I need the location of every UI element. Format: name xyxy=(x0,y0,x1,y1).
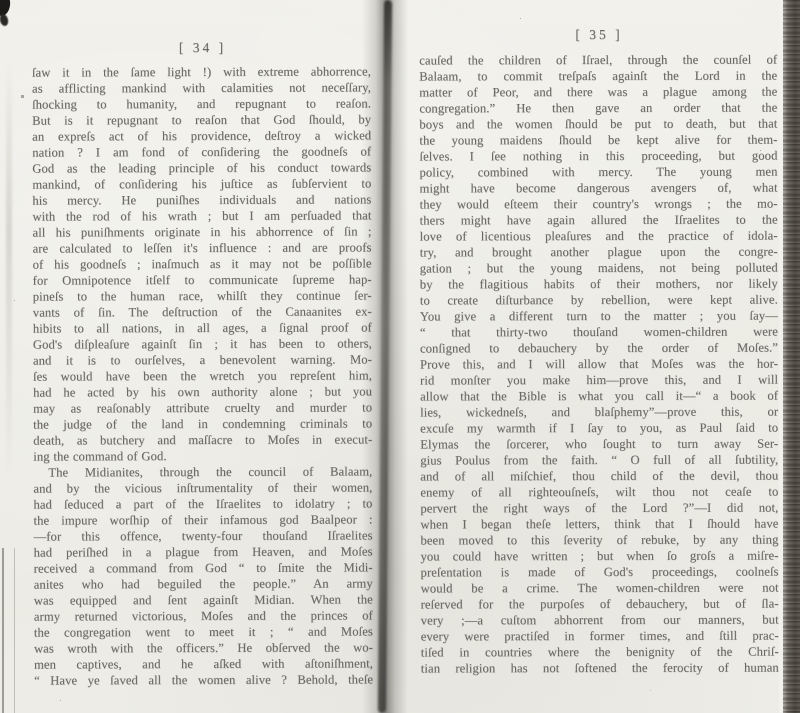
text-line: his mercy. He puniſhes individuals and n… xyxy=(32,191,371,208)
text-line: ing the command of God. xyxy=(33,447,372,464)
text-line: the young maidens ſhould be kept alive f… xyxy=(419,132,777,149)
book-page-35: [ 35 ] cauſed the children of Iſrael, th… xyxy=(420,27,778,676)
text-line: had periſhed in a plague from Heaven, an… xyxy=(34,543,373,560)
page-35-number-header: [ 35 ] xyxy=(420,27,778,43)
text-line: the judge of the land in condemning crim… xyxy=(33,415,372,432)
text-line: for Omnipotence itſelf to communicate ſu… xyxy=(33,271,372,288)
text-line: mankind, of conſidering his juſtice as ſ… xyxy=(32,175,371,192)
text-line: congregation.” He then gave an order tha… xyxy=(419,100,777,117)
text-line: might have become dangerous avengers of,… xyxy=(420,180,778,197)
text-line: pineſs to the human race, whilſt they co… xyxy=(33,287,372,304)
text-line: pervert the right ways of the Lord ?”—I … xyxy=(420,500,778,517)
text-line: Elymas the ſorcerer, who ſought to turn … xyxy=(420,436,778,453)
text-line: anites who had beguiled the people.” An … xyxy=(34,575,373,592)
text-line: and by the vicious inſtrumentality of th… xyxy=(33,479,372,496)
page-35-text: cauſed the children of Iſrael, through t… xyxy=(419,52,779,677)
text-line: been moved to this ſeverity of rebuke, b… xyxy=(420,532,778,549)
text-line: hibits to all nations, in all ages, a ſi… xyxy=(33,319,372,336)
text-line: “ Have ye ſaved all the women alive ? Be… xyxy=(34,671,373,688)
text-line: to create diſturbance by rebellion, were… xyxy=(420,292,778,309)
text-line: death, as butchery and maſſacre to Moſes… xyxy=(33,431,372,448)
text-line: men captives, and he aſked with aſtoniſh… xyxy=(34,655,373,672)
text-line: ſelves. I ſee nothing in this proceeding… xyxy=(419,148,777,165)
text-line: boys and the women ſhould be put to deat… xyxy=(419,116,777,133)
page-34-text: ſaw it in the ſame light !) with extreme… xyxy=(32,63,373,688)
text-line: allow that the Bible is what you call it… xyxy=(420,388,778,405)
book-edge-right xyxy=(783,0,800,713)
text-line: gius Poulus from the faith. “ O full of … xyxy=(420,452,778,469)
text-line: very ;—a cuſtom abhorrent from our manne… xyxy=(421,612,779,629)
text-line: Balaam, to commit treſpaſs againſt the L… xyxy=(419,68,777,85)
text-line: rid monſter you make him—prove this, and… xyxy=(420,372,778,389)
text-line: try, and brought another plague upon the… xyxy=(420,244,778,261)
text-line: God as the leading principle of his cond… xyxy=(32,159,371,176)
text-line: God's diſpleaſure againſt ſin ; it has b… xyxy=(33,335,372,352)
text-line: are calculated to leſſen it's influence … xyxy=(33,239,372,256)
text-line: ſaw it in the ſame light !) with extreme… xyxy=(32,63,371,80)
text-line: every were practiſed in former times, an… xyxy=(421,628,779,645)
book-page-34: [ 34 ] ſaw it in the ſame light !) with … xyxy=(33,40,372,688)
page-edge-line-left xyxy=(2,548,15,713)
paper-fold-streak xyxy=(6,60,12,480)
text-line: enemy of all righteouſneſs, wilt thou no… xyxy=(420,484,778,501)
text-line: and it is to ourſelves, a benevolent war… xyxy=(33,351,372,368)
text-line: ſes would have been the wretch you repre… xyxy=(33,367,372,384)
text-line: policy, combined with mercy. The young m… xyxy=(419,164,777,181)
text-line: was wroth with the officers.” He obſerve… xyxy=(34,639,373,656)
text-line: “ that thirty-two thouſand women-childre… xyxy=(420,324,778,341)
text-line: matter of Peor, and there was a plague a… xyxy=(419,84,777,101)
text-line: was equipped and ſent againſt Midian. Wh… xyxy=(34,591,373,608)
text-line: when I began theſe letters, think that I… xyxy=(420,516,778,533)
text-line: Prove this, and I will allow that Moſes … xyxy=(420,356,778,373)
text-line: the impure worſhip of their infamous god… xyxy=(33,511,372,528)
text-line: as afflicting mankind with calamities no… xyxy=(32,79,371,96)
text-line: they would eſteem their country's wrongs… xyxy=(420,196,778,213)
text-line: —for this offence, twenty-four thouſand … xyxy=(34,527,373,544)
text-line: reſerved for the purpoſes of debauchery,… xyxy=(421,596,779,613)
text-line: of his goodneſs ; inaſmuch as it may not… xyxy=(33,255,372,272)
text-line: by the flagitious habits of their mother… xyxy=(420,276,778,293)
text-line: all his puniſhments originate in his abh… xyxy=(32,223,371,240)
text-line: tian religion has not ſoftened the feroc… xyxy=(421,660,779,677)
text-line: had he acted by his own authority alone … xyxy=(33,383,372,400)
text-line: excuſe my warmth if I ſay to you, as Pau… xyxy=(420,420,778,437)
text-line: and of all miſchief, thou child of the d… xyxy=(420,468,778,485)
text-line: nation ? I am fond of conſidering the go… xyxy=(32,143,371,160)
text-line: But is it repugnant to reaſon that God ſ… xyxy=(32,111,371,128)
text-line: had ſeduced a part of the Iſraelites to … xyxy=(33,495,372,512)
text-line: love of licentious pleaſures and the pra… xyxy=(420,228,778,245)
text-line: the congregation went to meet it ; “ and… xyxy=(34,623,373,640)
text-line: vants of ſin. The deſtruction of the Can… xyxy=(33,303,372,320)
text-line: received a command from God “ to ſmite t… xyxy=(34,559,373,576)
text-line: may as reaſonably attribute cruelty and … xyxy=(33,399,372,416)
text-line: cauſed the children of Iſrael, through t… xyxy=(419,52,777,69)
text-line: The Midianites, through the council of B… xyxy=(33,463,372,480)
text-line: conſigned to debauchery by the order of … xyxy=(420,340,778,357)
text-line: You give a different turn to the matter … xyxy=(420,308,778,325)
text-line: with the rod of his wrath ; but I am per… xyxy=(32,207,371,224)
text-line: gation ; but the young maidens, not bein… xyxy=(420,260,778,277)
page-34-number-header: [ 34 ] xyxy=(33,40,372,56)
text-line: army returned victorious, Moſes and the … xyxy=(34,607,373,624)
text-line: thers might have again allured the Iſrae… xyxy=(420,212,778,229)
text-line: preſentation is made of God's proceeding… xyxy=(421,564,779,581)
text-line: you could have written ; but when ſo gro… xyxy=(420,548,778,565)
text-line: tiſed in countries where the benignity o… xyxy=(421,644,779,661)
text-line: an expreſs act of his providence, deſtro… xyxy=(32,127,371,144)
text-line: ſhocking to humanity, and repugnant to r… xyxy=(32,95,371,112)
text-line: lies, wickedneſs, and blaſphemy”—prove t… xyxy=(420,404,778,421)
text-line: would be a crime. The women-children wer… xyxy=(421,580,779,597)
